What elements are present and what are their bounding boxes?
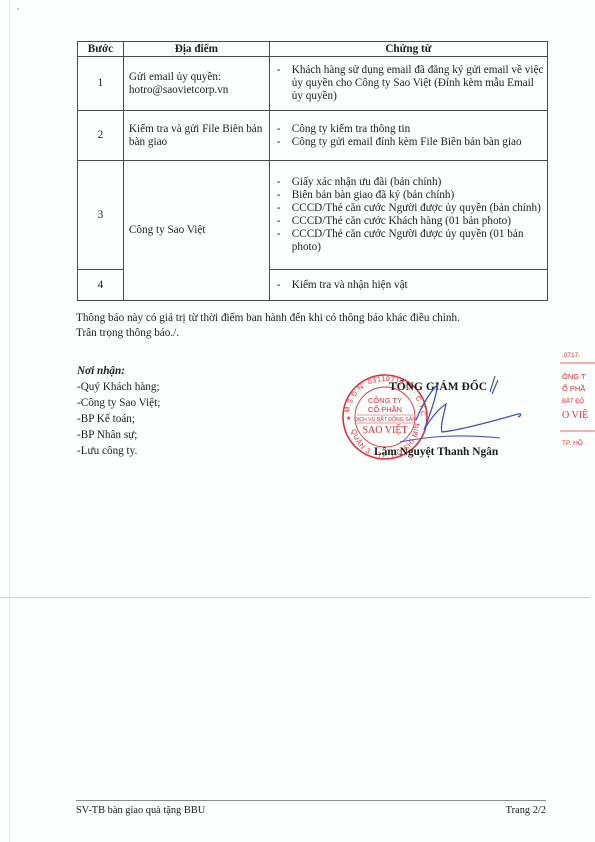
document-item: CCCD/Thẻ căn cước Khách hàng (01 bản pho… <box>277 215 544 228</box>
step-number: 4 <box>78 270 124 301</box>
document-item: Công ty gửi email đính kèm File Biên bản… <box>277 136 544 149</box>
table-row: 3 Công ty Sao Việt Giấy xác nhận ưu đãi … <box>78 161 548 270</box>
recipient-item: -Lưu công ty. <box>77 443 160 459</box>
recipients-block: Nơi nhận: -Quý Khách hàng; -Công ty Sao … <box>77 363 160 459</box>
step-number: 2 <box>78 111 124 161</box>
header-step: Bước <box>78 42 124 57</box>
step-place: Gửi email ủy quyền: hotro@saovietcorp.vn <box>123 57 269 111</box>
step-place: Kiểm tra và gửi File Biên bản bàn giao <box>123 111 269 161</box>
footer-page-number: Trang 2/2 <box>506 805 546 816</box>
scan-artifact-line <box>9 0 10 842</box>
footer-document-code: SV-TB bàn giao quà tặng BBU <box>76 805 205 816</box>
svg-text:ÔNG T: ÔNG T <box>562 372 586 381</box>
footer-divider <box>76 800 546 801</box>
document-item: Biên bản bàn giao đã ký (bản chính) <box>277 189 544 202</box>
place-text: Gửi email ủy quyền: <box>129 71 221 83</box>
recipient-item: -BP Kế toán; <box>77 411 160 427</box>
step-documents: Kiểm tra và nhận hiện vật <box>269 270 547 301</box>
email-link[interactable]: hotro@saovietcorp.vn <box>129 84 228 96</box>
recipient-item: -Quý Khách hàng; <box>77 379 160 395</box>
step-documents: Khách hàng sử dụng email đã đăng ký gửi … <box>269 57 547 111</box>
svg-text:.0717.: .0717. <box>562 352 580 359</box>
recipients-title: Nơi nhận: <box>77 363 160 379</box>
document-item: Giấy xác nhận ưu đãi (bản chính) <box>277 176 544 189</box>
notice-paragraph: Thông báo này có giá trị từ thời điểm ba… <box>76 311 546 341</box>
document-page: Bước Địa điểm Chứng từ 1 Gửi email ủy qu… <box>0 0 595 842</box>
recipient-item: -BP Nhân sự; <box>77 427 160 443</box>
svg-text:O VIỆ: O VIỆ <box>562 409 588 421</box>
document-item: CCCD/Thẻ căn cước Người được ủy quyền (b… <box>277 202 544 215</box>
step-number: 3 <box>78 161 124 270</box>
scan-artifact-line <box>0 597 590 598</box>
step-documents: Công ty kiểm tra thông tin Công ty gửi e… <box>269 111 547 161</box>
notice-closing: Trân trọng thông báo./. <box>76 326 546 341</box>
procedure-table: Bước Địa điểm Chứng từ 1 Gửi email ủy qu… <box>77 41 548 301</box>
recipient-item: -Công ty Sao Việt; <box>77 395 160 411</box>
table-row: 2 Kiểm tra và gửi File Biên bản bàn giao… <box>78 111 548 161</box>
handwritten-signature <box>380 372 530 452</box>
partial-seal: .0717. ÔNG T Ổ PHẦ BẤT ĐỘ O VIỆ TP. HỒ <box>560 345 595 455</box>
step-place: Công ty Sao Việt <box>123 161 269 301</box>
header-documents: Chứng từ <box>269 42 547 57</box>
document-item: Kiểm tra và nhận hiện vật <box>277 279 544 292</box>
table-header-row: Bước Địa điểm Chứng từ <box>78 42 548 57</box>
svg-text:TP. HỒ: TP. HỒ <box>562 437 583 447</box>
document-item: Công ty kiểm tra thông tin <box>277 123 544 136</box>
scan-artifact-dot <box>17 8 19 10</box>
document-item: CCCD/Thẻ căn cước Người được ủy quyền (0… <box>277 228 544 254</box>
header-place: Địa điểm <box>123 42 269 57</box>
svg-text:★: ★ <box>346 415 351 422</box>
table-row: 1 Gửi email ủy quyền: hotro@saovietcorp.… <box>78 57 548 111</box>
svg-text:Ổ PHẦ: Ổ PHẦ <box>562 383 585 393</box>
notice-validity: Thông báo này có giá trị từ thời điểm ba… <box>76 311 546 326</box>
step-documents: Giấy xác nhận ưu đãi (bản chính) Biên bả… <box>269 161 547 270</box>
svg-text:BẤT ĐỘ: BẤT ĐỘ <box>562 398 585 405</box>
step-number: 1 <box>78 57 124 111</box>
document-item: Khách hàng sử dụng email đã đăng ký gửi … <box>277 64 544 103</box>
